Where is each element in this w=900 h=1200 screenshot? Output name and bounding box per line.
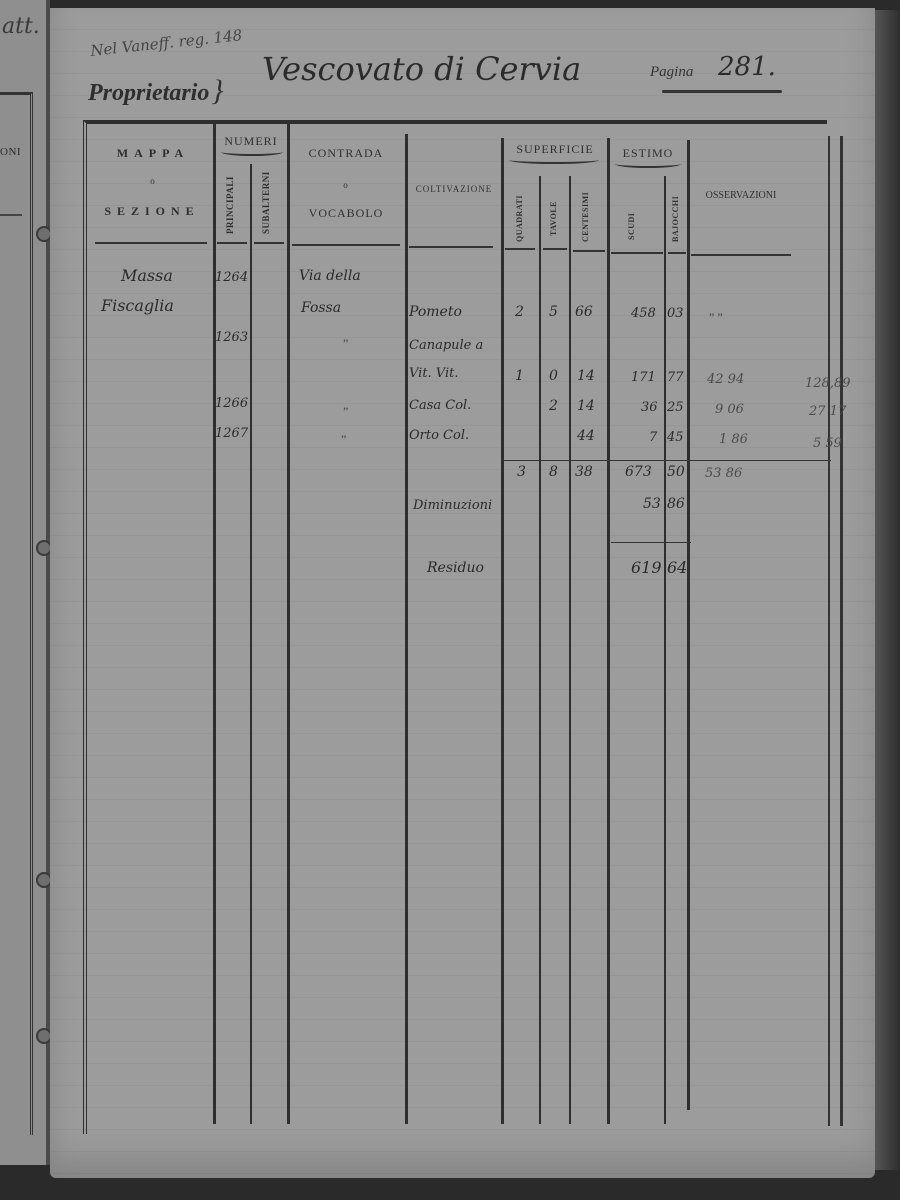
column-divider xyxy=(687,140,690,1110)
row-osservazioni: 1 86 xyxy=(719,432,748,447)
previous-page-handwriting: att. xyxy=(2,14,40,39)
column-divider xyxy=(287,124,290,1124)
total-bajocchi: 50 xyxy=(667,464,685,480)
diminuzioni-label: Diminuzioni xyxy=(413,498,492,513)
ledger-table: MAPPA o SEZIONE NUMERI PRINCIPALI SUBALT… xyxy=(83,120,827,1134)
column-divider xyxy=(539,176,541,1124)
margin-note: 27 17 xyxy=(809,404,846,419)
pagina-number: 281. xyxy=(718,52,776,82)
pagina-underline xyxy=(662,90,782,93)
header-rule xyxy=(217,242,247,244)
diminuzioni-bajocchi: 86 xyxy=(667,496,685,512)
margin-note: 128,89 xyxy=(805,376,851,391)
row-osservazioni: 9 06 xyxy=(715,402,744,417)
row-osservazioni: ” ” xyxy=(709,310,723,325)
residuo-rule xyxy=(611,542,691,543)
row-principale: 1267 xyxy=(215,426,248,441)
row-principale: 1264 xyxy=(215,270,248,285)
header-rule xyxy=(95,242,207,244)
header-rule xyxy=(543,248,567,250)
column-divider xyxy=(664,176,666,1124)
totals-rule xyxy=(501,460,831,461)
row-quadrati: 1 xyxy=(515,368,524,384)
header-swash xyxy=(221,148,283,156)
header-vocabolo: VOCABOLO xyxy=(291,206,401,221)
column-divider xyxy=(501,138,504,1124)
header-bajocchi: BAJOCCHI xyxy=(671,188,680,242)
contrada-value-line1: Via della xyxy=(299,268,361,284)
header-rule xyxy=(254,242,284,244)
header-principali: PRINCIPALI xyxy=(225,168,235,234)
total-scudi: 673 xyxy=(625,464,652,480)
header-rule xyxy=(691,254,791,256)
row-bajocchi: 25 xyxy=(667,400,684,415)
row-centesimi: 44 xyxy=(577,428,595,444)
header-estimo: ESTIMO xyxy=(609,146,687,161)
row-centesimi: 14 xyxy=(577,368,595,384)
row-scudi: 7 xyxy=(649,430,657,445)
column-divider xyxy=(569,176,571,1124)
previous-page-table-border xyxy=(0,92,33,1135)
header-rule xyxy=(409,246,493,248)
row-scudi: 36 xyxy=(641,400,658,415)
row-scudi: 171 xyxy=(631,370,656,385)
row-osservazioni: 42 94 xyxy=(707,372,744,387)
previous-page-column-header: ONI xyxy=(0,146,21,158)
row-bajocchi: 45 xyxy=(667,430,684,445)
row-tavole: 5 xyxy=(549,304,558,320)
brace-glyph: } xyxy=(211,74,223,107)
header-tavole: TAVOLE xyxy=(549,190,558,236)
pagina-label: Pagina xyxy=(650,64,693,81)
row-coltivazione: Casa Col. xyxy=(409,398,471,413)
row-bajocchi: 77 xyxy=(667,370,684,385)
header-rule xyxy=(668,252,686,254)
row-centesimi: 66 xyxy=(575,304,593,320)
row-contrada-ditto: ” xyxy=(343,404,348,419)
header-sezione: SEZIONE xyxy=(93,204,211,219)
row-principale: 1263 xyxy=(215,330,248,345)
residuo-bajocchi: 64 xyxy=(667,558,687,577)
header-scudi: SCUDI xyxy=(627,196,636,240)
header-contrada-o: o xyxy=(291,180,401,190)
header-numeri: NUMERI xyxy=(215,134,287,149)
header-rule xyxy=(611,252,663,254)
header-rule xyxy=(573,250,605,252)
margin-note: 5 59 xyxy=(813,436,842,451)
header-coltivazione: COLTIVAZIONE xyxy=(409,184,499,194)
mappa-value-line1: Massa xyxy=(121,266,173,285)
total-centesimi: 38 xyxy=(575,464,593,480)
header-mappa: MAPPA xyxy=(97,146,209,161)
header-subalterni: SUBALTERNI xyxy=(261,168,271,234)
previous-page-fragment: att. ONI xyxy=(0,0,50,1165)
proprietario-text: Proprietario xyxy=(88,80,209,106)
header-rule xyxy=(505,248,535,250)
header-superficie: SUPERFICIE xyxy=(503,142,607,157)
mappa-value-line2: Fiscaglia xyxy=(101,296,174,315)
row-contrada-ditto: ” xyxy=(343,336,348,351)
row-contrada-ditto: ” xyxy=(341,432,346,447)
row-tavole: 0 xyxy=(549,368,558,384)
row-centesimi: 14 xyxy=(577,398,595,414)
header-swash xyxy=(509,156,599,164)
header-mappa-o: o xyxy=(97,176,209,186)
header-centesimi: CENTESIMI xyxy=(581,180,590,242)
contrada-value-line2: Fossa xyxy=(301,300,341,316)
previous-page-rule xyxy=(0,214,22,216)
row-quadrati: 2 xyxy=(515,304,524,320)
column-divider xyxy=(607,138,610,1124)
header-rule xyxy=(292,244,400,246)
ledger-page: Nel Vaneff. reg. 148 Proprietario} Vesco… xyxy=(50,8,875,1178)
header-quadrati: QUADRATI xyxy=(515,180,524,242)
reference-note: Nel Vaneff. reg. 148 xyxy=(89,26,243,60)
column-divider xyxy=(405,134,408,1124)
proprietario-label: Proprietario} xyxy=(88,74,223,108)
total-tavole: 8 xyxy=(549,464,558,480)
row-principale: 1266 xyxy=(215,396,248,411)
column-divider xyxy=(250,164,252,1124)
header-osservazioni: OSSERVAZIONI xyxy=(689,190,793,201)
row-tavole: 2 xyxy=(549,398,558,414)
total-osservazioni: 53 86 xyxy=(705,466,742,481)
total-quadrati: 3 xyxy=(517,464,526,480)
owner-name: Vescovato di Cervia xyxy=(262,50,581,88)
row-coltivazione: Pometo xyxy=(409,304,462,320)
row-bajocchi: 03 xyxy=(667,306,684,321)
residuo-label: Residuo xyxy=(427,560,484,576)
row-scudi: 458 xyxy=(631,306,656,321)
row-coltivazione: Canapule a Vit. Vit. xyxy=(409,332,497,388)
header-swash xyxy=(615,160,681,168)
residuo-scudi: 619 xyxy=(631,558,662,577)
book-edge-shadow xyxy=(872,10,900,1170)
diminuzioni-scudi: 53 xyxy=(643,496,661,512)
row-coltivazione: Orto Col. xyxy=(409,428,469,443)
table-right-border xyxy=(828,136,843,1126)
header-contrada: CONTRADA xyxy=(291,146,401,161)
